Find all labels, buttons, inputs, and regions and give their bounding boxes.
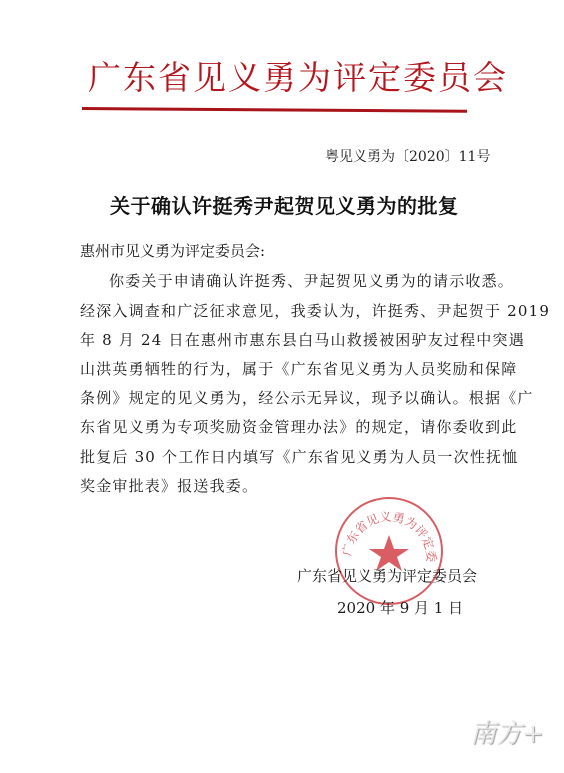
star-icon: 广东省见义勇为评定委员会 xyxy=(337,499,441,603)
issuer-header: 广东省见义勇为评定委员会 xyxy=(88,52,488,99)
body-paragraph-line: 条例》规定的见义勇为，经公示无异议，现予以确认。根据《广 xyxy=(80,387,534,408)
source-watermark: 南方+ xyxy=(470,713,544,750)
body-paragraph-line: 年 8 月 24 日在惠州市惠东县白马山救援被困驴友过程中突遇 xyxy=(80,329,525,350)
official-seal: 广东省见义勇为评定委员会 xyxy=(335,497,443,605)
body-paragraph-line: 你委关于申请确认许挺秀、尹起贺见义勇为的请示收悉。 xyxy=(109,270,514,291)
body-paragraph-line: 山洪英勇牺牲的行为，属于《广东省见义勇为人员奖励和保障 xyxy=(80,358,517,379)
body-paragraph-line: 东省见义勇为专项奖励资金管理办法》的规定，请你委收到此 xyxy=(80,416,517,437)
body-paragraph-line: 奖金审批表》报送我委。 xyxy=(80,475,258,496)
body-paragraph-line: 批复后 30 个工作日内填写《广东省见义勇为人员一次性抚恤 xyxy=(80,446,518,467)
body-paragraph-line: 经深入调查和广泛征求意见，我委认为，许挺秀、尹起贺于 2019 xyxy=(80,300,550,321)
document-title: 关于确认许挺秀尹起贺见义勇为的批复 xyxy=(110,190,459,219)
salutation: 惠州市见义勇为评定委员会: xyxy=(80,240,265,261)
signature-date: 2020 年 9 月 1 日 xyxy=(337,597,463,618)
header-red-rule xyxy=(82,107,467,113)
document-number: 粤见义勇为〔2020〕11号 xyxy=(325,146,490,166)
signature-organization: 广东省见义勇为评定委员会 xyxy=(297,565,477,586)
